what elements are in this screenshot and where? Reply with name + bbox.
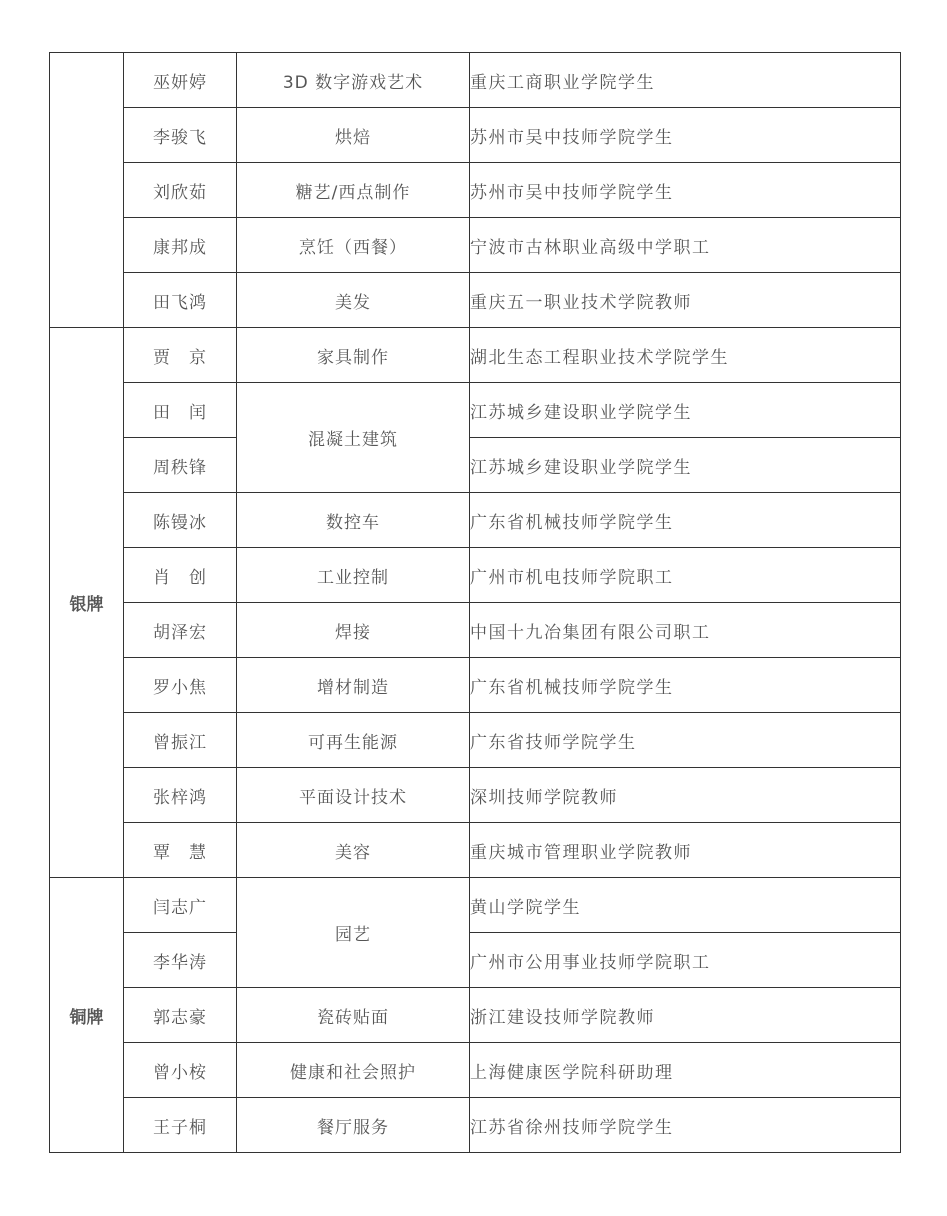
event-cell: 工业控制	[237, 548, 470, 603]
event-cell: 可再生能源	[237, 713, 470, 768]
org-cell: 广州市机电技师学院职工	[470, 548, 901, 603]
table-row: 康邦成 烹饪（西餐） 宁波市古林职业高级中学职工	[50, 218, 901, 273]
org-cell: 湖北生态工程职业技术学院学生	[470, 328, 901, 383]
table-row: 周秩锋 江苏城乡建设职业学院学生	[50, 438, 901, 493]
name-cell: 巫妍婷	[124, 53, 237, 108]
table-row: 李骏飞 烘焙 苏州市吴中技师学院学生	[50, 108, 901, 163]
name-cell: 曾小桉	[124, 1043, 237, 1098]
org-cell: 广东省机械技师学院学生	[470, 493, 901, 548]
table-row: 曾小桉 健康和社会照护 上海健康医学院科研助理	[50, 1043, 901, 1098]
name-cell: 康邦成	[124, 218, 237, 273]
org-cell: 上海健康医学院科研助理	[470, 1043, 901, 1098]
name-cell: 胡泽宏	[124, 603, 237, 658]
org-cell: 宁波市古林职业高级中学职工	[470, 218, 901, 273]
table-row: 李华涛 广州市公用事业技师学院职工	[50, 933, 901, 988]
name-cell: 刘欣茹	[124, 163, 237, 218]
table-row: 王子桐 餐厅服务 江苏省徐州技师学院学生	[50, 1098, 901, 1153]
name-cell: 罗小焦	[124, 658, 237, 713]
table-row: 刘欣茹 糖艺/西点制作 苏州市吴中技师学院学生	[50, 163, 901, 218]
org-cell: 江苏城乡建设职业学院学生	[470, 438, 901, 493]
event-cell: 糖艺/西点制作	[237, 163, 470, 218]
event-cell: 家具制作	[237, 328, 470, 383]
org-cell: 重庆城市管理职业学院教师	[470, 823, 901, 878]
name-cell: 周秩锋	[124, 438, 237, 493]
name-cell: 肖 创	[124, 548, 237, 603]
org-cell: 重庆工商职业学院学生	[470, 53, 901, 108]
org-cell: 深圳技师学院教师	[470, 768, 901, 823]
org-cell: 江苏城乡建设职业学院学生	[470, 383, 901, 438]
event-cell: 烹饪（西餐）	[237, 218, 470, 273]
org-cell: 黄山学院学生	[470, 878, 901, 933]
table-row: 曾振江 可再生能源 广东省技师学院学生	[50, 713, 901, 768]
medal-cell-bronze: 铜牌	[50, 878, 124, 1153]
table-row: 张梓鸿 平面设计技术 深圳技师学院教师	[50, 768, 901, 823]
table-row: 肖 创 工业控制 广州市机电技师学院职工	[50, 548, 901, 603]
event-cell: 园艺	[237, 878, 470, 988]
name-cell: 李华涛	[124, 933, 237, 988]
name-cell: 闫志广	[124, 878, 237, 933]
event-cell: 3D 数字游戏艺术	[237, 53, 470, 108]
org-cell: 重庆五一职业技术学院教师	[470, 273, 901, 328]
org-cell: 苏州市吴中技师学院学生	[470, 163, 901, 218]
org-cell: 浙江建设技师学院教师	[470, 988, 901, 1043]
name-cell: 李骏飞	[124, 108, 237, 163]
event-cell: 烘焙	[237, 108, 470, 163]
table-row: 郭志豪 瓷砖贴面 浙江建设技师学院教师	[50, 988, 901, 1043]
event-cell: 餐厅服务	[237, 1098, 470, 1153]
event-cell: 数控车	[237, 493, 470, 548]
table-row: 银牌 贾 京 家具制作 湖北生态工程职业技术学院学生	[50, 328, 901, 383]
event-cell: 瓷砖贴面	[237, 988, 470, 1043]
table-row: 覃 慧 美容 重庆城市管理职业学院教师	[50, 823, 901, 878]
table-row: 田 闰 混凝土建筑 江苏城乡建设职业学院学生	[50, 383, 901, 438]
name-cell: 贾 京	[124, 328, 237, 383]
name-cell: 覃 慧	[124, 823, 237, 878]
org-cell: 苏州市吴中技师学院学生	[470, 108, 901, 163]
event-cell: 美容	[237, 823, 470, 878]
name-cell: 田 闰	[124, 383, 237, 438]
event-cell: 健康和社会照护	[237, 1043, 470, 1098]
org-cell: 中国十九冶集团有限公司职工	[470, 603, 901, 658]
table-row: 胡泽宏 焊接 中国十九冶集团有限公司职工	[50, 603, 901, 658]
event-cell: 增材制造	[237, 658, 470, 713]
medal-cell	[50, 53, 124, 328]
event-cell: 平面设计技术	[237, 768, 470, 823]
event-cell: 混凝土建筑	[237, 383, 470, 493]
medal-cell-silver: 银牌	[50, 328, 124, 878]
name-cell: 王子桐	[124, 1098, 237, 1153]
table-row: 巫妍婷 3D 数字游戏艺术 重庆工商职业学院学生	[50, 53, 901, 108]
event-cell: 焊接	[237, 603, 470, 658]
name-cell: 郭志豪	[124, 988, 237, 1043]
org-cell: 广州市公用事业技师学院职工	[470, 933, 901, 988]
org-cell: 江苏省徐州技师学院学生	[470, 1098, 901, 1153]
name-cell: 田飞鸿	[124, 273, 237, 328]
table-row: 陈镘冰 数控车 广东省机械技师学院学生	[50, 493, 901, 548]
event-cell: 美发	[237, 273, 470, 328]
name-cell: 陈镘冰	[124, 493, 237, 548]
award-winners-table: 巫妍婷 3D 数字游戏艺术 重庆工商职业学院学生 李骏飞 烘焙 苏州市吴中技师学…	[49, 52, 901, 1153]
table-row: 田飞鸿 美发 重庆五一职业技术学院教师	[50, 273, 901, 328]
name-cell: 张梓鸿	[124, 768, 237, 823]
org-cell: 广东省技师学院学生	[470, 713, 901, 768]
table-row: 铜牌 闫志广 园艺 黄山学院学生	[50, 878, 901, 933]
org-cell: 广东省机械技师学院学生	[470, 658, 901, 713]
table-row: 罗小焦 增材制造 广东省机械技师学院学生	[50, 658, 901, 713]
name-cell: 曾振江	[124, 713, 237, 768]
